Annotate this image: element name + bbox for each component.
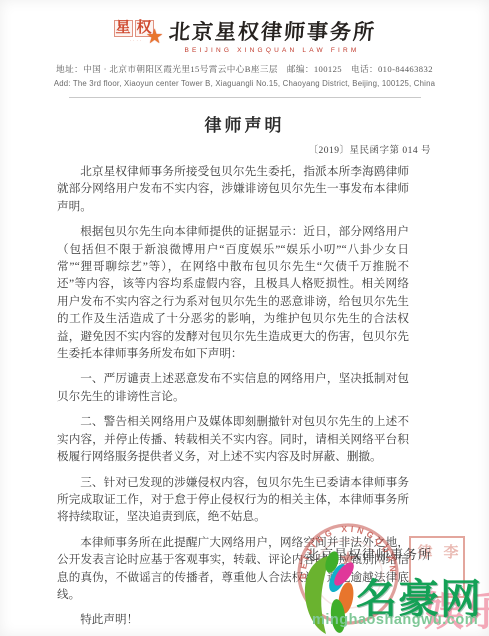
paragraph-point-2: 二、警告相关网络用户及媒体即刻删撤针对包贝尔先生的上述不实内容，并停止传播、转载… <box>57 413 409 465</box>
address-line-en: Add: The 3rd floor, Xiaoyun center Tower… <box>0 79 489 88</box>
reference-number: 〔2019〕星民函字第 014 号 <box>0 142 489 156</box>
paragraph-intro: 北京星权律师事务所接受包贝尔先生委托，指派本所李海鸥律师就部分网络用户发布不实内… <box>57 163 409 215</box>
firm-name-en: BEIJING XINGQUAN LAW FIRM <box>169 47 376 54</box>
firm-names: 北京星权律师事务所 BEIJING XINGQUAN LAW FIRM <box>169 20 376 54</box>
paragraph-point-1: 一、严厉谴责上述恶意发布不实信息的网络用户，坚决抵制对包贝尔先生的诽谤性言论。 <box>57 370 409 405</box>
header-divider <box>69 97 421 98</box>
stamp-char: 李 <box>440 544 461 559</box>
paragraph-facts: 根据包贝尔先生向本律师提供的证据显示：近日，部分网络用户（包括但不限于新浪微博用… <box>57 223 409 362</box>
star-icon: ★ <box>146 27 164 47</box>
letterhead: 星权 ★ ···· 北京星权律师事务所 BEIJING XINGQUAN LAW… <box>0 0 489 98</box>
firm-name-cn: 北京星权律师事务所 <box>168 20 377 44</box>
watermark-site-url: minghaoshangwu.com <box>312 612 478 628</box>
firm-logo: 星权 ★ ···· <box>114 20 160 54</box>
firm-logo-row: 星权 ★ ···· 北京星权律师事务所 BEIJING XINGQUAN LAW… <box>0 20 489 54</box>
address-line-cn: 地址：中国 · 北京市朝阳区霞光里15号霄云中心B座三层 邮编：100125 电… <box>0 63 489 75</box>
document-page: 星权 ★ ···· 北京星权律师事务所 BEIJING XINGQUAN LAW… <box>0 0 489 636</box>
document-title: 律师声明 <box>0 111 489 136</box>
logo-char-xing: 星 <box>114 20 133 37</box>
